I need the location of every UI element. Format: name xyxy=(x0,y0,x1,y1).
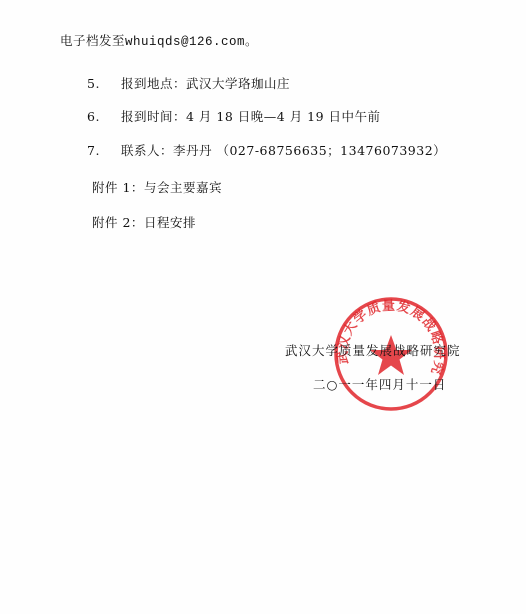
email-address: whuiqds@126.com。 xyxy=(125,35,258,49)
list-item-text: 报到时间：4 月 18 日晚—4 月 19 日中午前 xyxy=(121,109,381,124)
list-item-6: 6.报到时间：4 月 18 日晚—4 月 19 日中午前 xyxy=(87,109,381,125)
attachment-2: 附件 2：日程安排 xyxy=(92,215,196,231)
email-line: 电子档发至whuiqds@126.com。 xyxy=(60,33,258,50)
email-line-prefix: 电子档发至 xyxy=(60,33,125,48)
list-item-number: 6. xyxy=(87,109,121,125)
attachment-label: 附件 2： xyxy=(92,215,144,230)
list-item-text: 报到地点：武汉大学珞珈山庄 xyxy=(121,76,290,91)
attachment-text: 日程安排 xyxy=(144,215,196,230)
list-item-5: 5.报到地点：武汉大学珞珈山庄 xyxy=(87,76,290,92)
list-item-number: 7. xyxy=(87,143,121,159)
attachment-1: 附件 1：与会主要嘉宾 xyxy=(92,180,222,196)
list-item-7: 7.联系人：李丹丹 （027-68756635；13476073932） xyxy=(87,143,446,159)
document-page: 电子档发至whuiqds@126.com。 5.报到地点：武汉大学珞珈山庄 6.… xyxy=(0,0,526,614)
attachment-text: 与会主要嘉宾 xyxy=(144,180,222,195)
signature-date: 二○一一年四月十一日 xyxy=(313,377,446,393)
list-item-text: 联系人：李丹丹 （027-68756635；13476073932） xyxy=(121,143,446,158)
attachment-label: 附件 1： xyxy=(92,180,144,195)
signature-organization: 武汉大学质量发展战略研究院 xyxy=(285,343,461,359)
list-item-number: 5. xyxy=(87,76,121,92)
